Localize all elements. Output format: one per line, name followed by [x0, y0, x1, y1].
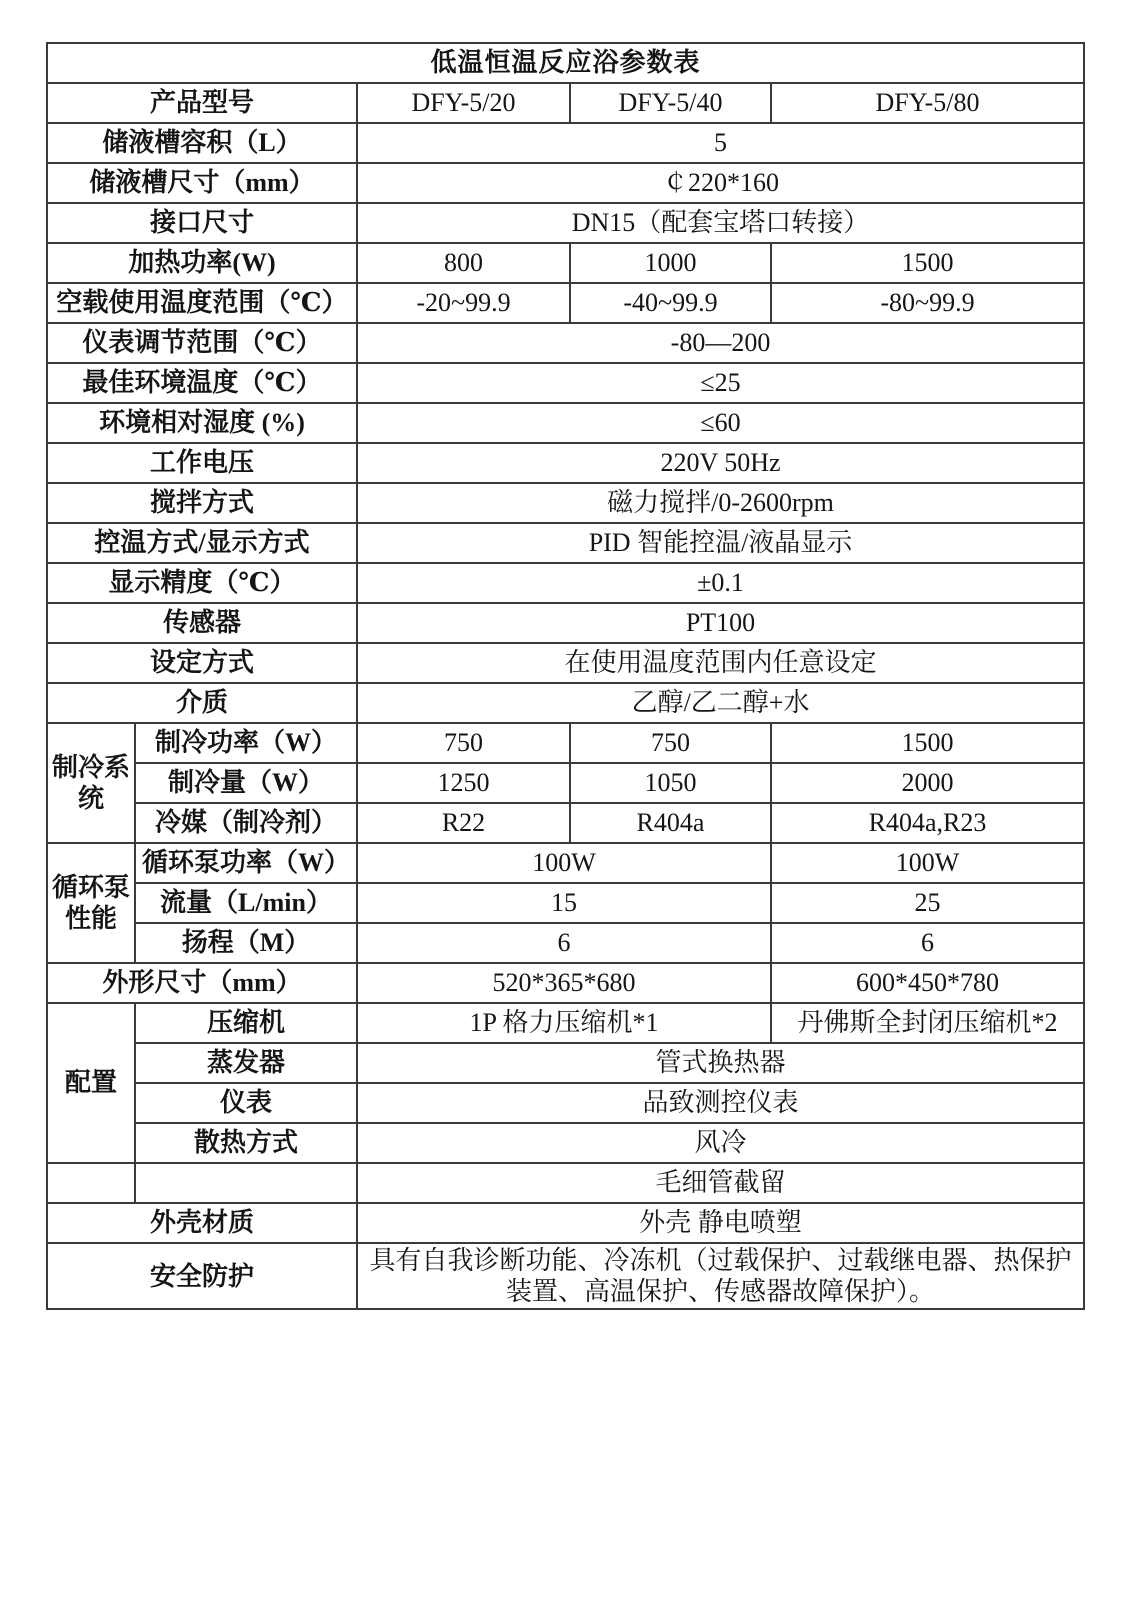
table-row: 蒸发器 管式换热器: [47, 1043, 1084, 1083]
table-row: 流量（L/min） 15 25: [47, 883, 1084, 923]
param-value: ≤25: [357, 363, 1084, 403]
table-row: 仪表 品致测控仪表: [47, 1083, 1084, 1123]
param-value: 750: [570, 723, 771, 763]
model-header: DFY-5/20: [357, 83, 570, 123]
param-label: 扬程（M）: [135, 923, 357, 963]
param-label: 冷媒（制冷剂）: [135, 803, 357, 843]
table-row: 传感器 PT100: [47, 603, 1084, 643]
param-value: 丹佛斯全封闭压缩机*2: [771, 1003, 1084, 1043]
table-row: 储液槽容积（L） 5: [47, 123, 1084, 163]
param-value: PID 智能控温/液晶显示: [357, 523, 1084, 563]
param-label: 蒸发器: [135, 1043, 357, 1083]
table-row: 制冷量（W） 1250 1050 2000: [47, 763, 1084, 803]
param-label: 储液槽容积（L）: [47, 123, 357, 163]
param-label: 储液槽尺寸（mm）: [47, 163, 357, 203]
param-value: 1P 格力压缩机*1: [357, 1003, 771, 1043]
param-value: -80—200: [357, 323, 1084, 363]
param-value: 管式换热器: [357, 1043, 1084, 1083]
table-row: 制冷系统 制冷功率（W） 750 750 1500: [47, 723, 1084, 763]
param-value: 在使用温度范围内任意设定: [357, 643, 1084, 683]
param-label: 外壳材质: [47, 1203, 357, 1243]
param-value: 6: [357, 923, 771, 963]
param-label: 外形尺寸（mm）: [47, 963, 357, 1003]
table-row: 产品型号 DFY-5/20 DFY-5/40 DFY-5/80: [47, 83, 1084, 123]
group-label-pump: 循环泵性能: [47, 843, 135, 963]
param-value: 220V 50Hz: [357, 443, 1084, 483]
param-value: 600*450*780: [771, 963, 1084, 1003]
param-label: 制冷功率（W）: [135, 723, 357, 763]
param-value: R22: [357, 803, 570, 843]
param-value: DN15（配套宝塔口转接）: [357, 203, 1084, 243]
table-row: 外形尺寸（mm） 520*365*680 600*450*780: [47, 963, 1084, 1003]
param-value: 具有自我诊断功能、冷冻机（过载保护、过载继电器、热保护装置、高温保护、传感器故障…: [357, 1243, 1084, 1309]
table-row: 散热方式 风冷: [47, 1123, 1084, 1163]
table-row: 毛细管截留: [47, 1163, 1084, 1203]
param-value: -80~99.9: [771, 283, 1084, 323]
param-label: 介质: [47, 683, 357, 723]
table-row: 空载使用温度范围（℃） -20~99.9 -40~99.9 -80~99.9: [47, 283, 1084, 323]
table-row: 外壳材质 外壳 静电喷塑: [47, 1203, 1084, 1243]
param-value: 15: [357, 883, 771, 923]
table-row: 储液槽尺寸（mm） ￠220*160: [47, 163, 1084, 203]
param-value: R404a: [570, 803, 771, 843]
param-label: 加热功率(W): [47, 243, 357, 283]
param-value: 品致测控仪表: [357, 1083, 1084, 1123]
param-label: 设定方式: [47, 643, 357, 683]
param-label: 接口尺寸: [47, 203, 357, 243]
param-value: 25: [771, 883, 1084, 923]
param-value: 1050: [570, 763, 771, 803]
param-label: 循环泵功率（W）: [135, 843, 357, 883]
param-value: 1500: [771, 243, 1084, 283]
title-row: 低温恒温反应浴参数表: [47, 43, 1084, 83]
table-row: 循环泵性能 循环泵功率（W） 100W 100W: [47, 843, 1084, 883]
param-label: 仪表调节范围（℃）: [47, 323, 357, 363]
empty-label-cell: [135, 1163, 357, 1203]
empty-group-cell: [47, 1163, 135, 1203]
param-value: 2000: [771, 763, 1084, 803]
param-value: 风冷: [357, 1123, 1084, 1163]
table-row: 搅拌方式 磁力搅拌/0-2600rpm: [47, 483, 1084, 523]
table-row: 配置 压缩机 1P 格力压缩机*1 丹佛斯全封闭压缩机*2: [47, 1003, 1084, 1043]
param-value: ￠220*160: [357, 163, 1084, 203]
param-value: 5: [357, 123, 1084, 163]
param-value: 520*365*680: [357, 963, 771, 1003]
param-value: 6: [771, 923, 1084, 963]
param-value: 100W: [357, 843, 771, 883]
table-row: 仪表调节范围（℃） -80—200: [47, 323, 1084, 363]
param-value: -20~99.9: [357, 283, 570, 323]
model-header: DFY-5/80: [771, 83, 1084, 123]
param-label: 显示精度（℃）: [47, 563, 357, 603]
spec-table: 低温恒温反应浴参数表 产品型号 DFY-5/20 DFY-5/40 DFY-5/…: [46, 42, 1085, 1310]
param-value: PT100: [357, 603, 1084, 643]
model-header: DFY-5/40: [570, 83, 771, 123]
param-label: 工作电压: [47, 443, 357, 483]
table-row: 扬程（M） 6 6: [47, 923, 1084, 963]
table-title: 低温恒温反应浴参数表: [47, 43, 1084, 83]
table-row: 控温方式/显示方式 PID 智能控温/液晶显示: [47, 523, 1084, 563]
group-label-cooling: 制冷系统: [47, 723, 135, 843]
document-page: 低温恒温反应浴参数表 产品型号 DFY-5/20 DFY-5/40 DFY-5/…: [0, 0, 1131, 1600]
param-label: 搅拌方式: [47, 483, 357, 523]
param-value: 1250: [357, 763, 570, 803]
param-value: ≤60: [357, 403, 1084, 443]
param-label: 环境相对湿度 (%): [47, 403, 357, 443]
param-value: 100W: [771, 843, 1084, 883]
param-label: 制冷量（W）: [135, 763, 357, 803]
param-value: ±0.1: [357, 563, 1084, 603]
table-row: 加热功率(W) 800 1000 1500: [47, 243, 1084, 283]
param-label: 最佳环境温度（℃）: [47, 363, 357, 403]
param-label: 传感器: [47, 603, 357, 643]
param-value: 1000: [570, 243, 771, 283]
param-label: 流量（L/min）: [135, 883, 357, 923]
param-label: 压缩机: [135, 1003, 357, 1043]
param-label: 散热方式: [135, 1123, 357, 1163]
table-row: 最佳环境温度（℃） ≤25: [47, 363, 1084, 403]
group-label-config: 配置: [47, 1003, 135, 1163]
param-value: 1500: [771, 723, 1084, 763]
param-value: 乙醇/乙二醇+水: [357, 683, 1084, 723]
param-value: 磁力搅拌/0-2600rpm: [357, 483, 1084, 523]
table-row: 冷媒（制冷剂） R22 R404a R404a,R23: [47, 803, 1084, 843]
param-value: 750: [357, 723, 570, 763]
param-label: 仪表: [135, 1083, 357, 1123]
param-value: 外壳 静电喷塑: [357, 1203, 1084, 1243]
table-row: 设定方式 在使用温度范围内任意设定: [47, 643, 1084, 683]
table-row: 接口尺寸 DN15（配套宝塔口转接）: [47, 203, 1084, 243]
table-row: 工作电压 220V 50Hz: [47, 443, 1084, 483]
param-value: 800: [357, 243, 570, 283]
table-row: 显示精度（℃） ±0.1: [47, 563, 1084, 603]
param-label: 产品型号: [47, 83, 357, 123]
param-label: 安全防护: [47, 1243, 357, 1309]
param-label: 控温方式/显示方式: [47, 523, 357, 563]
param-value: -40~99.9: [570, 283, 771, 323]
param-label: 空载使用温度范围（℃）: [47, 283, 357, 323]
table-row: 介质 乙醇/乙二醇+水: [47, 683, 1084, 723]
param-value: R404a,R23: [771, 803, 1084, 843]
param-value: 毛细管截留: [357, 1163, 1084, 1203]
table-row: 环境相对湿度 (%) ≤60: [47, 403, 1084, 443]
table-row: 安全防护 具有自我诊断功能、冷冻机（过载保护、过载继电器、热保护装置、高温保护、…: [47, 1243, 1084, 1309]
